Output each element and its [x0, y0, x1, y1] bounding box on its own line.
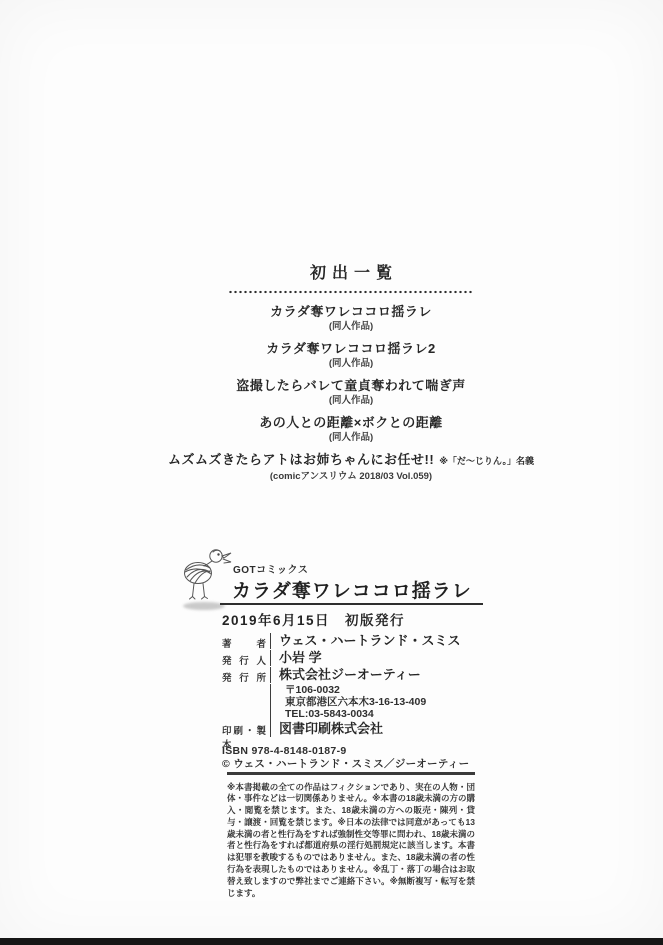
first-appearance-title: 初出一覧 — [161, 260, 541, 283]
legal-notice-section: ※本書掲載の全ての作品はフィクションであり、実在の人物・団体・事件などは一切関係… — [227, 772, 475, 899]
row-value: 〒106-0032 — [270, 684, 482, 696]
legal-notice-text: ※本書掲載の全ての作品はフィクションであり、実在の人物・団体・事件などは一切関係… — [227, 782, 475, 900]
work-title: カラダ奪ワレココロ揺ラレ2 — [161, 340, 541, 357]
row-label — [222, 684, 266, 687]
page-bottom-edge — [0, 938, 663, 945]
work-title-text: ムズムズきたらアトはお姉ちゃんにお任せ!! — [168, 452, 434, 467]
work-title: あの人との距離×ボクとの距離 — [161, 414, 541, 431]
table-row-publisher-person: 発行人 小岩 学 — [222, 650, 482, 667]
table-row-publisher-company: 発行所 株式会社ジーオーティー — [222, 667, 482, 684]
row-value: 小岩 学 — [270, 650, 482, 666]
row-value: ウェス・ハートランド・スミス — [270, 633, 482, 649]
work-source: (comicアンスリウム 2018/03 Vol.059) — [161, 470, 541, 483]
dotted-divider — [228, 290, 474, 294]
book-title: カラダ奪ワレココロ揺ラレ — [232, 576, 472, 603]
work-source: (同人作品) — [161, 320, 541, 333]
work-item: あの人との距離×ボクとの距離 (同人作品) — [161, 414, 541, 444]
table-row-address: 東京都港区六本木3-16-13-409 — [222, 696, 482, 708]
series-label: GOTコミックス — [233, 561, 308, 576]
row-value: 図書印刷株式会社 — [270, 720, 482, 737]
row-value: 株式会社ジーオーティー — [270, 667, 482, 683]
row-label: 著者 — [222, 633, 266, 650]
publication-table: 著者 ウェス・ハートランド・スミス 発行人 小岩 学 発行所 株式会社ジーオーテ… — [222, 633, 482, 739]
row-label: 発行人 — [222, 650, 266, 667]
work-item: 盗撮したらバレて童貞奪われて喘ぎ声 (同人作品) — [161, 377, 541, 407]
work-title: カラダ奪ワレココロ揺ラレ — [161, 303, 541, 320]
work-source: (同人作品) — [161, 431, 541, 444]
notice-top-rule — [227, 772, 475, 775]
table-row-postal-code: 〒106-0032 — [222, 684, 482, 696]
first-appearance-section: 初出一覧 カラダ奪ワレココロ揺ラレ (同人作品) カラダ奪ワレココロ揺ラレ2 (… — [161, 260, 541, 490]
row-label — [222, 696, 266, 699]
bird-shadow — [183, 602, 225, 610]
table-row-printer: 印刷・製本 図書印刷株式会社 — [222, 720, 482, 739]
work-item: ムズムズきたらアトはお姉ちゃんにお任せ!!※「だ〜じりん。」名義 (comicア… — [161, 451, 541, 483]
work-title: 盗撮したらバレて童貞奪われて喘ぎ声 — [161, 377, 541, 394]
row-label — [222, 708, 266, 711]
isbn-number: ISBN 978-4-8148-0187-9 — [222, 745, 469, 758]
row-value: 東京都港区六本木3-16-13-409 — [270, 696, 482, 708]
row-label: 発行所 — [222, 667, 266, 684]
row-value: TEL:03-5843-0034 — [270, 708, 482, 720]
title-underline — [220, 603, 483, 605]
table-row-telephone: TEL:03-5843-0034 — [222, 708, 482, 720]
isbn-block: ISBN 978-4-8148-0187-9 © ウェス・ハートランド・スミス／… — [222, 745, 469, 771]
copyright-line: © ウェス・ハートランド・スミス／ジーオーティー — [222, 758, 469, 771]
work-source: (同人作品) — [161, 394, 541, 407]
work-item: カラダ奪ワレココロ揺ラレ (同人作品) — [161, 303, 541, 333]
edition-date: 2019年6月15日 初版発行 — [222, 609, 405, 629]
work-title: ムズムズきたらアトはお姉ちゃんにお任せ!!※「だ〜じりん。」名義 — [161, 451, 541, 470]
work-item: カラダ奪ワレココロ揺ラレ2 (同人作品) — [161, 340, 541, 370]
work-pen-name-note: ※「だ〜じりん。」名義 — [439, 456, 534, 466]
work-source: (同人作品) — [161, 357, 541, 370]
book-colophon-page: 初出一覧 カラダ奪ワレココロ揺ラレ (同人作品) カラダ奪ワレココロ揺ラレ2 (… — [0, 0, 663, 945]
table-row-author: 著者 ウェス・ハートランド・スミス — [222, 633, 482, 650]
bird-doodle-icon — [178, 546, 234, 603]
